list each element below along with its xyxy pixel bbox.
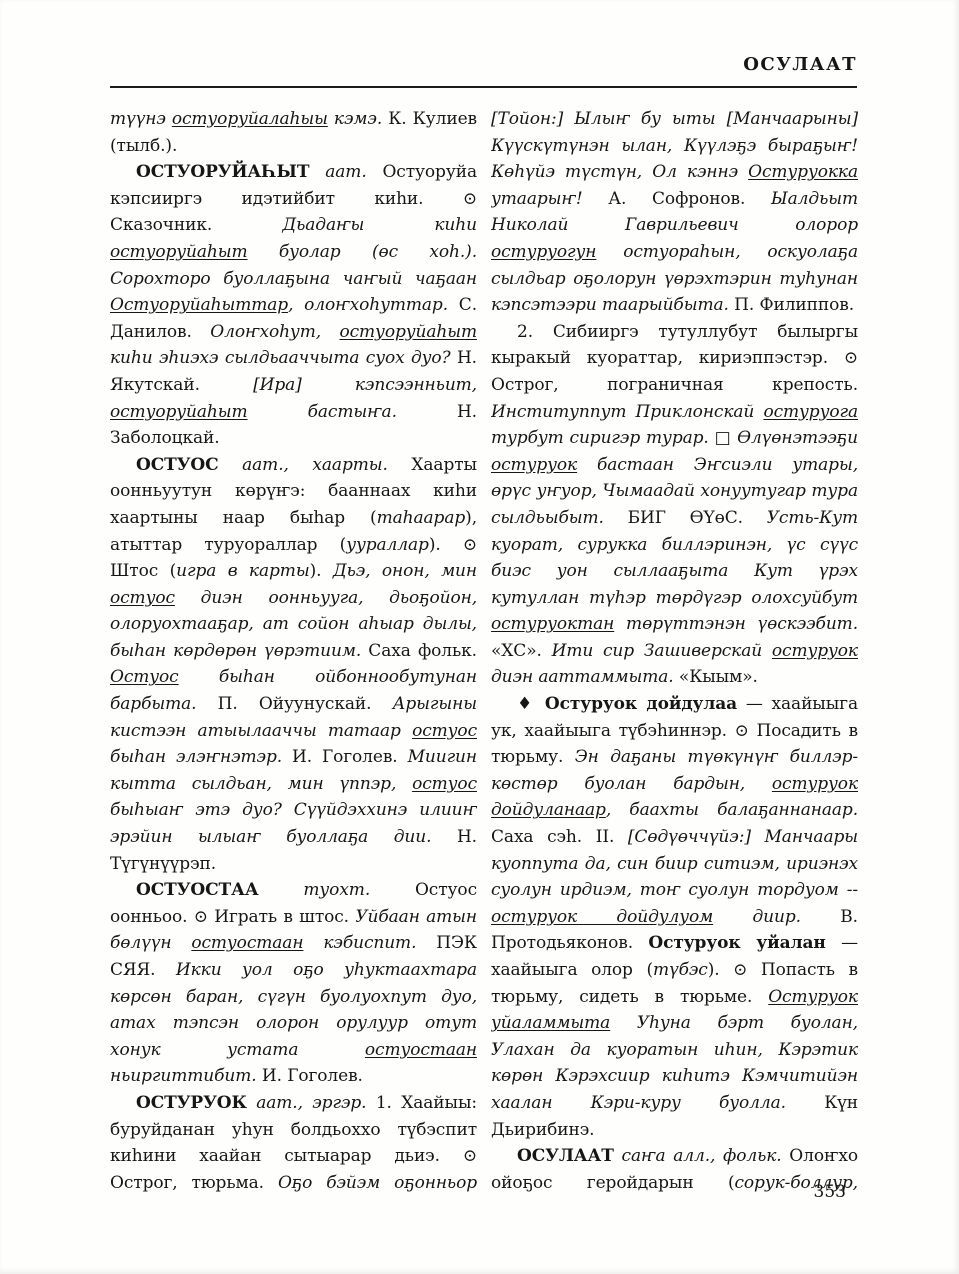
underlined-term: остуостаан — [191, 933, 303, 953]
headword: ОСУЛААТ — [517, 1146, 614, 1166]
example-text: аат., хаарты. — [219, 455, 388, 475]
dictionary-page: ОСУЛААТ түүнэ остуоруйалаһыы кэмэ. К. Ку… — [0, 0, 959, 1274]
definition-text: ). — [310, 561, 333, 581]
underlined-term: остуоруйаһыт — [110, 402, 248, 422]
underlined-term: остуостаан — [365, 1040, 477, 1060]
example-text: , баахты балаҕаннанаар. — [606, 800, 858, 820]
example-text: , олоҥхоһуттар. — [288, 295, 448, 315]
definition-text: «ХС». — [491, 641, 552, 661]
definition-text: И. Гоголев. — [257, 1066, 363, 1086]
example-text: быһыаҥ этэ дуо? Сүүйдэххинэ илииҥ эрэйин… — [110, 800, 477, 847]
example-text: уураллар — [346, 535, 429, 555]
example-text: утаарыҥ! — [491, 189, 583, 209]
underlined-term: остуоруйаһыт — [110, 242, 248, 262]
definition-text: «Кыым». — [674, 667, 758, 687]
underlined-term: остуруоктан — [491, 614, 614, 634]
running-head: ОСУЛААТ — [110, 54, 857, 75]
definition-text: Саха сэһ. II. — [491, 827, 628, 847]
definition-text: А. Софронов. — [583, 189, 771, 209]
example-text: кэбиспит. — [303, 933, 416, 953]
example-text: Дьадаҥы киһи — [282, 215, 477, 235]
definition-text: П. Ойуунускай. — [196, 694, 392, 714]
entry-paragraph: [Тойон:] Ылыҥ бу ыты [Манчаарыны] Күүскү… — [491, 106, 858, 319]
example-text: аат. — [309, 162, 366, 182]
example-text: түүнэ — [110, 109, 172, 129]
header-rule — [110, 86, 857, 88]
example-text: Дьэ, онон, мин — [333, 561, 477, 581]
example-text: турбут сиригэр турар. — [491, 428, 709, 448]
headword: ОСТУОРУЙАҺЫТ — [136, 162, 309, 182]
column-left: түүнэ остуоруйалаһыы кэмэ. К. Кулиев (ты… — [110, 106, 477, 1196]
definition-text: 2. Сибииргэ тутуллубут былыргы кыракый к… — [491, 322, 858, 395]
column-right: [Тойон:] Ылыҥ бу ыты [Манчаарыны] Күүскү… — [491, 106, 858, 1196]
example-text: быһан элэҥнэтэр. — [110, 747, 282, 767]
example-text: диэн ааттаммыта. — [491, 667, 674, 687]
entry-paragraph: ОСТУОРУЙАҺЫТ аат. Остуоруйа кэпсииргэ ид… — [110, 159, 477, 452]
entry-paragraph: ♦ Остуруок дойдулаа — хаайыыга ук, хаайы… — [491, 691, 858, 1143]
example-text: Өлүөнэтээҕи — [737, 428, 858, 448]
entry-paragraph: ОСТУОС аат., хаарты. Хаарты оонньуутун к… — [110, 452, 477, 878]
definition-text: П. Филиппов. — [729, 295, 854, 315]
underlined-term: остуруок дойдулуом — [491, 907, 713, 927]
example-text: Ити сир Зашиверскай — [552, 641, 772, 661]
example-text: Институппут Приклонскай — [491, 402, 763, 422]
example-text: киһи эһиэхэ сылдьааччыта суох дуо? — [110, 348, 451, 368]
entry-paragraph: 2. Сибииргэ тутуллубут былыргы кыракый к… — [491, 319, 858, 691]
text-block: түүнэ остуоруйалаһыы кэмэ. К. Кулиев (ты… — [110, 106, 858, 1196]
example-text: Олоҥхоһут, — [210, 322, 339, 342]
underlined-term: остуруогун — [491, 242, 596, 262]
underlined-term: остуос — [110, 588, 175, 608]
example-text: [Ира] кэпсээнньит, — [253, 375, 477, 395]
underlined-term: Остуруокка — [748, 162, 858, 182]
example-text: диир. — [713, 907, 801, 927]
example-text: төрүттэнэн үөскээбит. — [614, 614, 858, 634]
page-number: 353 — [110, 1182, 846, 1202]
headword: ОСТУРУОК — [136, 1093, 247, 1113]
underlined-term: Остуоруйаһыттар — [110, 295, 288, 315]
example-text: бастыҥа. — [248, 402, 397, 422]
underlined-term: Остуос — [110, 667, 179, 687]
headword: ОСТУОСТАА — [136, 880, 259, 900]
example-text: кэмэ. — [328, 109, 382, 129]
headword: ♦ Остуруок дойдулаа — [517, 694, 737, 714]
headword: Остуруок уйалан — [648, 933, 825, 953]
entry-paragraph: ОСТУРУОК аат., эргэр. 1. Хаайыы: буруйда… — [110, 1090, 477, 1196]
underlined-term: остуоруйаһыт — [339, 322, 477, 342]
underlined-term: остуос — [412, 774, 477, 794]
underlined-term: остуруок — [772, 641, 858, 661]
underlined-term: остуос — [412, 721, 477, 741]
headword: ОСТУОС — [136, 455, 219, 475]
underlined-term: остуруок — [491, 455, 577, 475]
example-text: игра в карты — [176, 561, 309, 581]
example-text: ньиргиттибит. — [110, 1066, 257, 1086]
example-text: түбэс — [653, 960, 708, 980]
example-text: таһаарар — [377, 508, 466, 528]
definition-text: □ — [709, 428, 737, 448]
underlined-term: остуруога — [763, 402, 858, 422]
entry-paragraph: түүнэ остуоруйалаһыы кэмэ. К. Кулиев (ты… — [110, 106, 477, 159]
example-text: туохт. — [259, 880, 371, 900]
definition-text: И. Гоголев. — [282, 747, 408, 767]
example-text: саҥа алл., фольк. — [614, 1146, 782, 1166]
underlined-term: остуоруйалаһыы — [172, 109, 328, 129]
example-text: аат., эргэр. — [247, 1093, 367, 1113]
definition-text: Саха фольк. — [361, 641, 477, 661]
definition-text: БИГ ӨҮөС. — [604, 508, 767, 528]
entry-paragraph: ОСТУОСТАА туохт. Остуос оонньоо. ⊙ Играт… — [110, 877, 477, 1090]
